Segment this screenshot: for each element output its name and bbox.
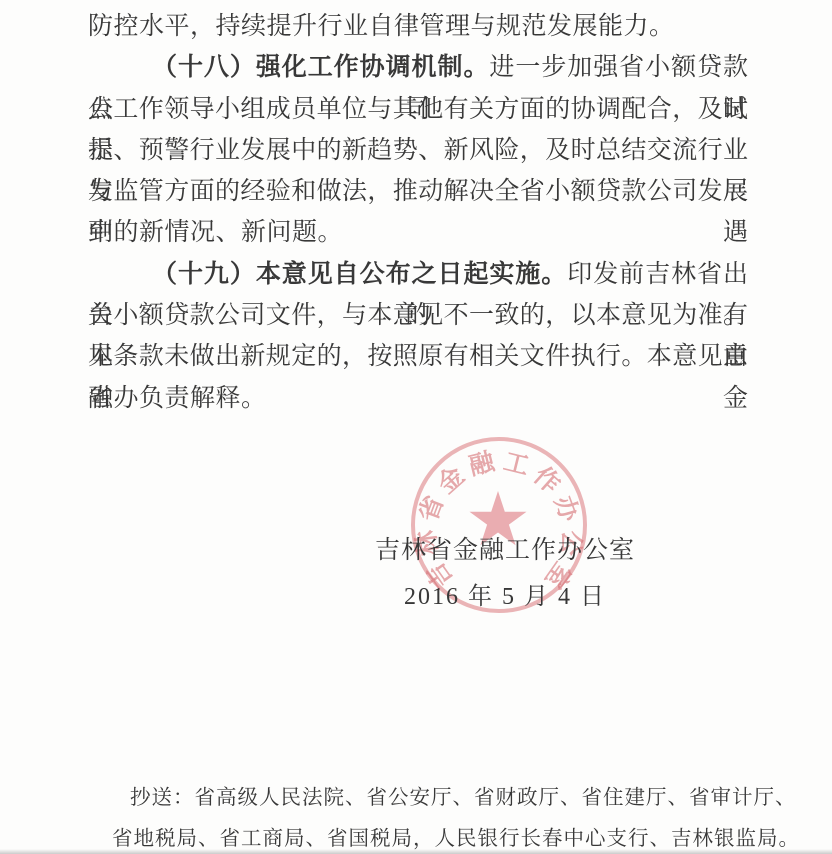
body-line: （十九）本意见自公布之日起实施。印发前吉林省出台的有 [88,254,748,295]
body-line: 与监管方面的经验和做法，推动解决全省小额贷款公司发展中遇 [88,171,748,212]
body-heading-text: （十九）本意见自公布之日起实施。 [152,261,567,288]
copy-distribution-list: 抄送：省高级人民法院、省公安厅、省财政厅、省住建厅、省审计厅、省地税局、省工商局… [112,778,760,854]
seal-char: 省 [414,492,449,525]
body-line: 示、预警行业发展中的新趋势、新风险，及时总结交流行业发展 [88,130,748,171]
body-text: 到的新情况、新问题。 [88,219,343,246]
signature-block: 吉林省金融工作办公室 2016 年 5 月 4 日 [335,536,675,612]
body-line: 关小额贷款公司文件，与本意见不一致的，以本意见为准。本意 [88,295,748,336]
body-line: 防控水平，持续提升行业自律管理与规范发展能力。 [88,6,748,47]
seal-char: 工 [501,449,532,481]
document-page: 防控水平，持续提升行业自律管理与规范发展能力。（十八）强化工作协调机制。进一步加… [0,0,832,854]
body-line: （十八）强化工作协调机制。进一步加强省小额贷款公司试 [88,47,748,88]
seal-char: 融 [466,447,498,480]
signature-organization: 吉林省金融工作办公室 [335,536,675,566]
document-body: 防控水平，持续提升行业自律管理与规范发展能力。（十八）强化工作协调机制。进一步加… [88,6,748,419]
body-line: 点工作领导小组成员单位与其他有关方面的协调配合，及时提 [88,89,748,130]
scan-edge-shadow [0,849,832,854]
signature-date: 2016 年 5 月 4 日 [335,582,675,612]
footer-line: 抄送：省高级人民法院、省公安厅、省财政厅、省住建厅、省审计厅、 [112,778,760,819]
body-line: 见条款未做出新规定的，按照原有相关文件执行。本意见由省金 [88,336,748,377]
seal-char: 作 [528,461,565,499]
body-text: 防控水平，持续提升行业自律管理与规范发展能力。 [88,13,675,40]
body-heading-text: （十八）强化工作协调机制。 [152,54,489,81]
seal-char: 办 [549,492,584,526]
body-text: 融办负责解释。 [88,385,267,412]
seal-char: 金 [432,461,470,499]
